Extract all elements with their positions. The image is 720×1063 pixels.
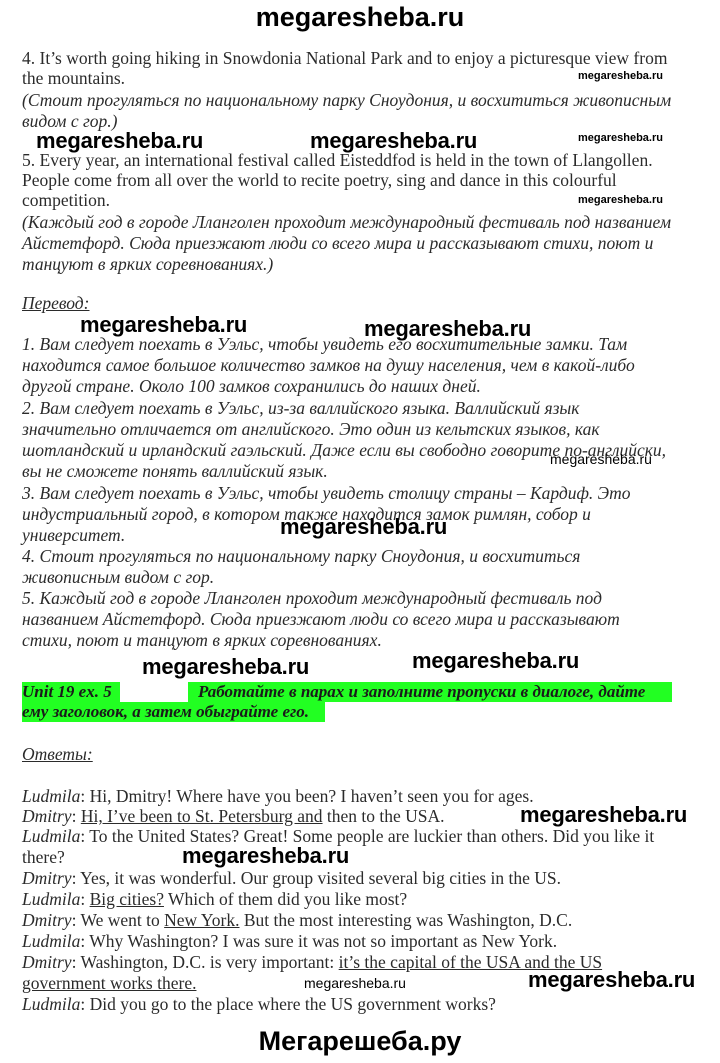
watermark: megaresheba.ru [142, 654, 309, 680]
translation-line: значительно отличается от английского. Э… [22, 419, 600, 439]
watermark: megaresheba.ru [412, 648, 579, 674]
answer-fill: New York. [164, 910, 239, 930]
speaker-name: Dmitry [22, 806, 72, 826]
speaker-separator: : [72, 868, 81, 888]
translation-line: вы не сможете понять валлийский язык. [22, 461, 328, 481]
speaker-name: Ludmila [22, 889, 80, 909]
speaker-name: Dmitry [22, 868, 72, 888]
speaker-name: Ludmila [22, 994, 80, 1014]
dialogue-line: Dmitry: Yes, it was wonderful. Our group… [22, 868, 561, 888]
dialogue-text: Hi, Dmitry! Where have you been? I haven… [90, 786, 534, 806]
dialogue-text: We went to [81, 910, 165, 930]
translation-line: 3. Вам следует поехать в Уэльс, чтобы ув… [22, 483, 630, 503]
speaker-name: Ludmila [22, 826, 80, 846]
translation-line: живописным видом с гор. [22, 567, 214, 587]
dialogue-line: Ludmila: Why Washington? I was sure it w… [22, 931, 557, 951]
translation-line: другой стране. Около 100 замков сохранил… [22, 376, 481, 396]
dialogue-text: there? [22, 847, 65, 867]
item5-english-line2: People come from all over the world to r… [22, 170, 617, 190]
answer-fill: government works there. [22, 973, 196, 993]
dialogue-line: Ludmila: Hi, Dmitry! Where have you been… [22, 786, 534, 806]
task-instruction-line2: ему заголовок, а затем обыграйте его. [22, 702, 309, 722]
translation-line: названием Айстетфорд. Сюда приезжают люд… [22, 609, 620, 629]
translation-line: университет. [22, 525, 125, 545]
item4-russian-line1: (Стоит прогуляться по национальному парк… [22, 90, 671, 110]
item5-english-line1: 5. Every year, an international festival… [22, 150, 653, 170]
watermark: megaresheba.ru [578, 132, 663, 144]
speaker-separator: : [72, 910, 81, 930]
watermark: megaresheba.ru [304, 975, 406, 991]
dialogue-text: Yes, it was wonderful. Our group visited… [80, 868, 561, 888]
item5-english-line3: competition. [22, 190, 110, 210]
dialogue-text: But the most interesting was Washington,… [240, 910, 573, 930]
speaker-separator: : [80, 826, 89, 846]
dialogue-line: Dmitry: Hi, I’ve been to St. Petersburg … [22, 806, 445, 826]
footer-watermark: Мегарешеба.ру [0, 1026, 720, 1057]
translation-heading: Перевод: [22, 293, 90, 313]
speaker-name: Ludmila [22, 786, 80, 806]
dialogue-line: government works there. [22, 973, 196, 993]
dialogue-line: Dmitry: We went to New York. But the mos… [22, 910, 572, 930]
speaker-separator: : [80, 786, 89, 806]
watermark: megaresheba.ru [182, 843, 349, 869]
answer-fill: Hi, I’ve been to St. Petersburg and [81, 806, 323, 826]
dialogue-text: To the United States? Great! Some people… [89, 826, 654, 846]
watermark: megaresheba.ru [578, 70, 663, 82]
task-instruction-line1: Работайте в парах и заполните пропуски в… [198, 682, 645, 702]
speaker-name: Ludmila [22, 931, 80, 951]
item4-english-line1: 4. It’s worth going hiking in Snowdonia … [22, 48, 667, 68]
dialogue-text: then to the USA. [323, 806, 445, 826]
speaker-separator: : [72, 952, 81, 972]
speaker-separator: : [80, 931, 89, 951]
translation-line: 1. Вам следует поехать в Уэльс, чтобы ув… [22, 334, 627, 354]
speaker-name: Dmitry [22, 952, 72, 972]
translation-line: 4. Стоит прогуляться по национальному па… [22, 546, 580, 566]
item5-russian-line1: (Каждый год в городе Лланголен проходит … [22, 212, 671, 232]
translation-line: 2. Вам следует поехать в Уэльс, из-за ва… [22, 398, 579, 418]
watermark: megaresheba.ru [520, 802, 687, 828]
item5-russian-line2: Айстетфорд. Сюда приезжают люди со всего… [22, 233, 653, 253]
dialogue-text: Why Washington? I was sure it was not so… [89, 931, 557, 951]
item4-english-line2: the mountains. [22, 68, 125, 88]
watermark: megaresheba.ru [528, 967, 695, 993]
dialogue-line: Ludmila: Did you go to the place where t… [22, 994, 496, 1014]
translation-line: 5. Каждый год в городе Лланголен проходи… [22, 588, 602, 608]
dialogue-text: Which of them did you like most? [164, 889, 407, 909]
translation-line: находится самое большое количество замко… [22, 355, 635, 375]
header-watermark: megaresheba.ru [0, 2, 720, 33]
watermark: megaresheba.ru [578, 194, 663, 206]
translation-line: стихи, поют и танцуют в ярких соревнован… [22, 630, 382, 650]
dialogue-line: there? [22, 847, 65, 867]
watermark: megaresheba.ru [280, 514, 447, 540]
speaker-separator: : [80, 889, 89, 909]
dialogue-text: Washington, D.C. is very important: [81, 952, 339, 972]
dialogue-text: Did you go to the place where the US gov… [90, 994, 496, 1014]
speaker-separator: : [72, 806, 81, 826]
answer-fill: Big cities? [90, 889, 164, 909]
dialogue-line: Dmitry: Washington, D.C. is very importa… [22, 952, 602, 972]
watermark: megaresheba.ru [550, 451, 652, 467]
item5-russian-line3: танцуют в ярких соревнованиях.) [22, 254, 273, 274]
speaker-name: Dmitry [22, 910, 72, 930]
answers-heading: Ответы: [22, 744, 93, 764]
speaker-separator: : [80, 994, 89, 1014]
task-unit-label: Unit 19 ex. 5 [22, 682, 112, 702]
dialogue-line: Ludmila: Big cities? Which of them did y… [22, 889, 407, 909]
